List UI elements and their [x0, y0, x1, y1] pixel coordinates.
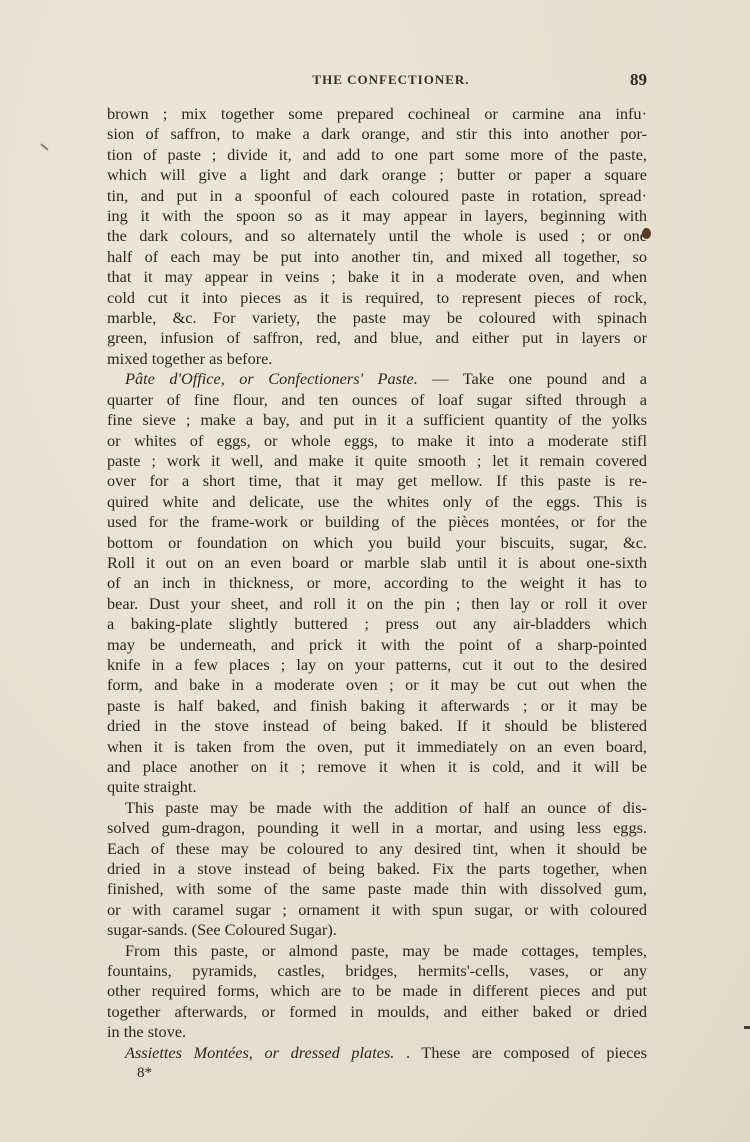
text-line: that it may appear in veins ; bake it in…: [107, 267, 647, 287]
signature-mark: 8*: [107, 1065, 647, 1082]
ink-spot: [642, 228, 651, 239]
text-line: Assiettes Montées, or dressed plates. . …: [107, 1043, 647, 1063]
text-line: form, and bake in a moderate oven ; or i…: [107, 675, 647, 695]
text-line: sion of saffron, to make a dark orange, …: [107, 124, 647, 144]
text-line: other required forms, which are to be ma…: [107, 981, 647, 1001]
text-line: quite straight.: [107, 777, 647, 797]
text-line: cold cut it into pieces as it is require…: [107, 288, 647, 308]
text-line: half of each may be put into another tin…: [107, 247, 647, 267]
section-heading-assiettes: Assiettes Montées, or dressed plates.: [125, 1043, 394, 1062]
text-line: finished, with some of the same paste ma…: [107, 879, 647, 899]
text-line: Each of these may be coloured to any des…: [107, 839, 647, 859]
text-line: which will give a light and dark orange …: [107, 165, 647, 185]
book-page: THE CONFECTIONER. 89 brown ; mix togethe…: [107, 72, 647, 1082]
text-line: used for the frame-work or building of t…: [107, 512, 647, 532]
text-line: Roll it out on an even board or marble s…: [107, 553, 647, 573]
text-line: paste is half baked, and finish baking i…: [107, 696, 647, 716]
text-line: a baking-plate slightly buttered ; press…: [107, 614, 647, 634]
section-lead: — Take one pound and a: [418, 369, 647, 388]
text-line: This paste may be made with the addition…: [107, 798, 647, 818]
text-line: together afterwards, or formed in moulds…: [107, 1002, 647, 1022]
text-line: may be underneath, and prick it with the…: [107, 635, 647, 655]
scan-mark: [40, 143, 48, 150]
text-line: sugar-sands. (See Coloured Sugar).: [107, 920, 647, 940]
text-line: and place another on it ; remove it when…: [107, 757, 647, 777]
paragraph-pate-office: Pâte d'Office, or Confectioners' Paste. …: [107, 369, 647, 798]
scan-mark: [744, 1026, 750, 1029]
section-lead: . These are composed of pieces: [394, 1043, 647, 1062]
paragraph-gum-dragon: This paste may be made with the addition…: [107, 798, 647, 941]
text-line: bottom or foundation on which you build …: [107, 533, 647, 553]
text-line: green, infusion of saffron, red, and blu…: [107, 328, 647, 348]
text-line: quired white and delicate, use the white…: [107, 492, 647, 512]
paragraph-almond: From this paste, or almond paste, may be…: [107, 941, 647, 1043]
text-line: From this paste, or almond paste, may be…: [107, 941, 647, 961]
paragraph-assiettes: Assiettes Montées, or dressed plates. . …: [107, 1043, 647, 1063]
text-line: fountains, pyramids, castles, bridges, h…: [107, 961, 647, 981]
page-number: 89: [630, 70, 647, 90]
text-line: in the stove.: [107, 1022, 647, 1042]
text-line: when it is taken from the oven, put it i…: [107, 737, 647, 757]
text-line: of an inch in thickness, or more, accord…: [107, 573, 647, 593]
text-line: mixed together as before.: [107, 349, 647, 369]
running-head: THE CONFECTIONER. 89: [107, 72, 647, 94]
running-title: THE CONFECTIONER.: [107, 72, 647, 88]
text-line: tin, and put in a spoonful of each colou…: [107, 186, 647, 206]
text-line: tion of paste ; divide it, and add to on…: [107, 145, 647, 165]
text-line: solved gum-dragon, pounding it well in a…: [107, 818, 647, 838]
text-line: quarter of fine flour, and ten ounces of…: [107, 390, 647, 410]
text-line: dried in the stove instead of being bake…: [107, 716, 647, 736]
text-line: the dark colours, and so alternately unt…: [107, 226, 647, 246]
text-line: paste ; work it well, and make it quite …: [107, 451, 647, 471]
text-line: over for a short time, that it may get m…: [107, 471, 647, 491]
section-heading-pate-office: Pâte d'Office, or Confectioners' Paste.: [125, 369, 418, 388]
text-line: knife in a few places ; lay on your patt…: [107, 655, 647, 675]
text-line: Pâte d'Office, or Confectioners' Paste. …: [107, 369, 647, 389]
text-line: bear. Dust your sheet, and roll it on th…: [107, 594, 647, 614]
text-line: fine sieve ; make a bay, and put in it a…: [107, 410, 647, 430]
body-text: brown ; mix together some prepared cochi…: [107, 104, 647, 1063]
text-line: or with caramel sugar ; ornament it with…: [107, 900, 647, 920]
text-line: or whites of eggs, or whole eggs, to mak…: [107, 431, 647, 451]
text-line: marble, &c. For variety, the paste may b…: [107, 308, 647, 328]
paragraph-continued: brown ; mix together some prepared cochi…: [107, 104, 647, 369]
text-line: ing it with the spoon so as it may appea…: [107, 206, 647, 226]
text-line: dried in a stove instead of being baked.…: [107, 859, 647, 879]
text-line: brown ; mix together some prepared cochi…: [107, 104, 647, 124]
